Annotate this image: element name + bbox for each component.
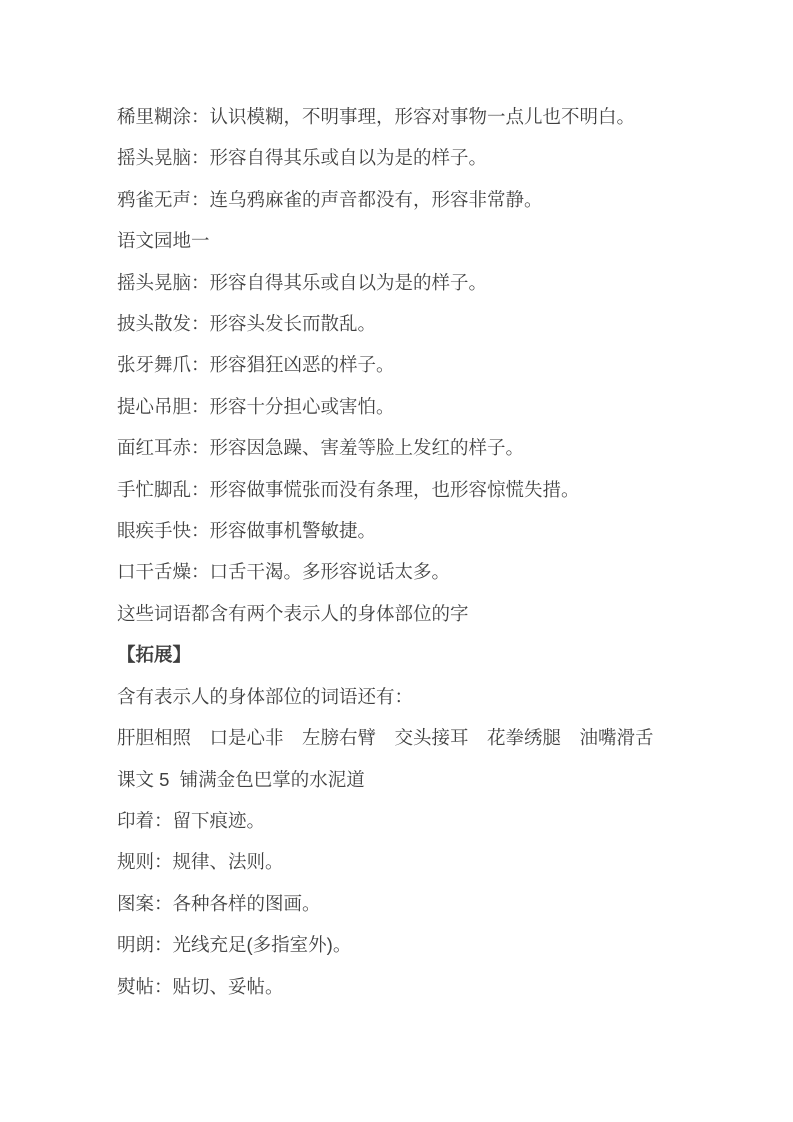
section-heading-unit: 语文园地一 (117, 220, 703, 261)
glossary-entry: 口干舌燥：口舌干渴。多形容说话太多。 (117, 551, 703, 592)
section-heading-lesson5: 课文 5 铺满金色巴掌的水泥道 (117, 759, 703, 800)
glossary-entry: 眼疾手快：形容做事机警敏捷。 (117, 510, 703, 551)
glossary-entry: 手忙脚乱：形容做事慌张而没有条理，也形容惊慌失措。 (117, 469, 703, 510)
unit-note: 这些词语都含有两个表示人的身体部位的字 (117, 593, 703, 634)
glossary-entry: 明朗：光线充足(多指室外)。 (117, 924, 703, 965)
glossary-entry: 图案：各种各样的图画。 (117, 883, 703, 924)
glossary-entry: 印着：留下痕迹。 (117, 800, 703, 841)
glossary-entry: 披头散发：形容头发长而散乱。 (117, 303, 703, 344)
expansion-idioms: 肝胆相照 口是心非 左膀右臂 交头接耳 花拳绣腿 油嘴滑舌 (117, 717, 703, 758)
expansion-label: 【拓展】 (117, 634, 703, 675)
lesson5-section: 课文 5 铺满金色巴掌的水泥道 印着：留下痕迹。 规则：规律、法则。 图案：各种… (117, 759, 703, 1007)
expansion-intro: 含有表示人的身体部位的词语还有： (117, 676, 703, 717)
intro-glossary-list: 稀里糊涂：认识模糊，不明事理，形容对事物一点儿也不明白。 摇头晃脑：形容自得其乐… (117, 96, 703, 220)
glossary-entry: 规则：规律、法则。 (117, 841, 703, 882)
unit-section: 语文园地一 摇头晃脑：形容自得其乐或自以为是的样子。 披头散发：形容头发长而散乱… (117, 220, 703, 758)
glossary-entry: 鸦雀无声：连乌鸦麻雀的声音都没有，形容非常静。 (117, 179, 703, 220)
glossary-entry: 面红耳赤：形容因急躁、害羞等脸上发红的样子。 (117, 427, 703, 468)
glossary-entry: 熨帖：贴切、妥帖。 (117, 966, 703, 1007)
glossary-entry: 稀里糊涂：认识模糊，不明事理，形容对事物一点儿也不明白。 (117, 96, 703, 137)
lesson5-glossary-list: 印着：留下痕迹。 规则：规律、法则。 图案：各种各样的图画。 明朗：光线充足(多… (117, 800, 703, 1007)
document-page: 稀里糊涂：认识模糊，不明事理，形容对事物一点儿也不明白。 摇头晃脑：形容自得其乐… (0, 0, 793, 1122)
glossary-entry: 张牙舞爪：形容猖狂凶恶的样子。 (117, 344, 703, 385)
document-content: 稀里糊涂：认识模糊，不明事理，形容对事物一点儿也不明白。 摇头晃脑：形容自得其乐… (0, 0, 793, 1007)
glossary-entry: 提心吊胆：形容十分担心或害怕。 (117, 386, 703, 427)
intro-glossary-section: 稀里糊涂：认识模糊，不明事理，形容对事物一点儿也不明白。 摇头晃脑：形容自得其乐… (117, 96, 703, 220)
unit-glossary-list: 摇头晃脑：形容自得其乐或自以为是的样子。 披头散发：形容头发长而散乱。 张牙舞爪… (117, 262, 703, 593)
glossary-entry: 摇头晃脑：形容自得其乐或自以为是的样子。 (117, 262, 703, 303)
glossary-entry: 摇头晃脑：形容自得其乐或自以为是的样子。 (117, 137, 703, 178)
